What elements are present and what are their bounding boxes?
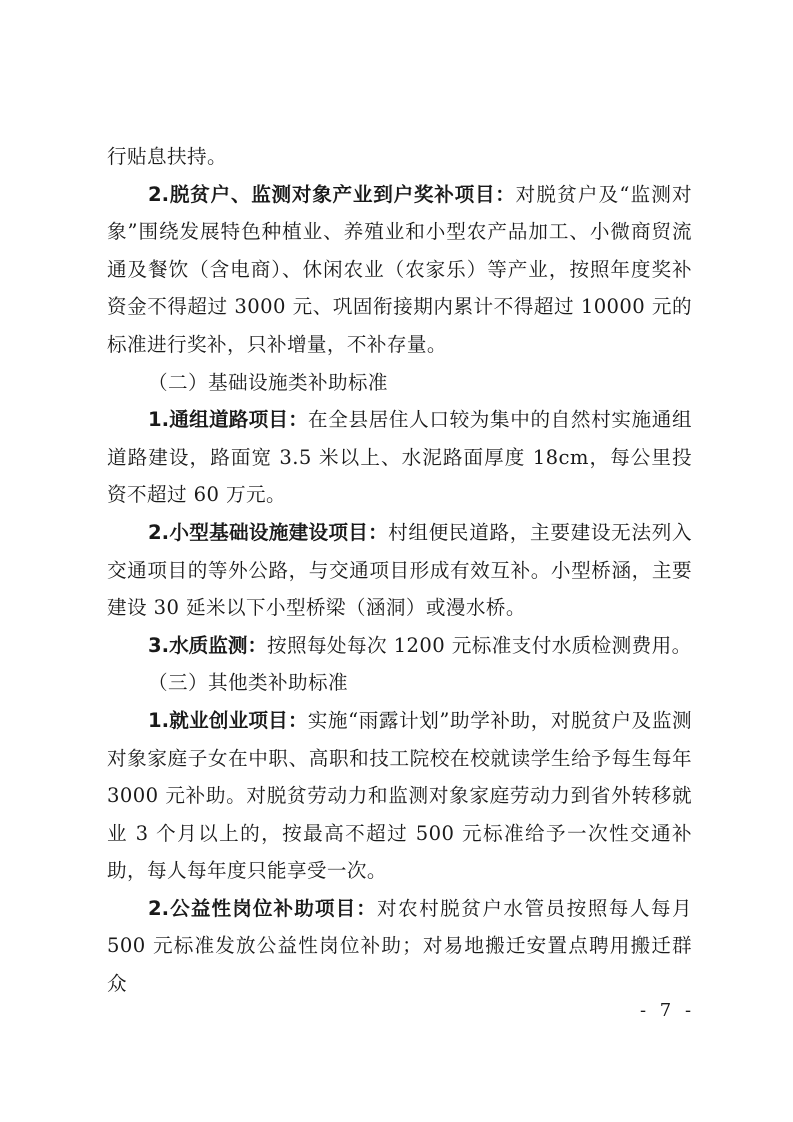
paragraph-1: 2.脱贫户、监测对象产业到户奖补项目：对脱贫户及“监测对象”围绕发展特色种植业、… bbox=[107, 176, 692, 364]
paragraph-text: 实施“雨露计划”助学补助，对脱贫户及监测对象家庭子女在中职、高职和技工院校在校就… bbox=[107, 709, 692, 882]
paragraph-8: 2.公益性岗位补助项目：对农村脱贫户水管员按照每人每月 500 元标准发放公益性… bbox=[107, 890, 692, 1003]
page-number: - 7 - bbox=[640, 1000, 695, 1021]
paragraph-heading: 1.通组道路项目： bbox=[148, 408, 308, 431]
section-heading-text: （三）其他类补助标准 bbox=[148, 671, 348, 694]
paragraph-text: 对脱贫户及“监测对象”围绕发展特色种植业、养殖业和小型农产品加工、小微商贸流通及… bbox=[107, 183, 692, 356]
paragraph-7: 1.就业创业项目：实施“雨露计划”助学补助，对脱贫户及监测对象家庭子女在中职、高… bbox=[107, 702, 692, 890]
paragraph-text: 行贴息扶持。 bbox=[107, 145, 227, 168]
paragraph-heading: 3.水质监测： bbox=[148, 634, 267, 657]
document-page: 行贴息扶持。 2.脱贫户、监测对象产业到户奖补项目：对脱贫户及“监测对象”围绕发… bbox=[107, 138, 692, 1003]
paragraph-text: 按照每处每次 1200 元标准支付水质检测费用。 bbox=[267, 634, 692, 657]
section-heading-3: （三）其他类补助标准 bbox=[107, 664, 692, 702]
paragraph-3: 1.通组道路项目：在全县居住人口较为集中的自然村实施通组道路建设，路面宽 3.5… bbox=[107, 401, 692, 514]
paragraph-heading: 2.脱贫户、监测对象产业到户奖补项目： bbox=[148, 183, 516, 206]
paragraph-4: 2.小型基础设施建设项目：村组便民道路，主要建设无法列入交通项目的等外公路，与交… bbox=[107, 514, 692, 627]
paragraph-heading: 2.小型基础设施建设项目： bbox=[148, 521, 388, 544]
paragraph-heading: 1.就业创业项目： bbox=[148, 709, 308, 732]
section-heading-2: （二）基础设施类补助标准 bbox=[107, 364, 692, 402]
paragraph-heading: 2.公益性岗位补助项目： bbox=[148, 897, 377, 920]
section-heading-text: （二）基础设施类补助标准 bbox=[148, 371, 388, 394]
paragraph-0: 行贴息扶持。 bbox=[107, 138, 692, 176]
paragraph-5: 3.水质监测：按照每处每次 1200 元标准支付水质检测费用。 bbox=[107, 627, 692, 665]
